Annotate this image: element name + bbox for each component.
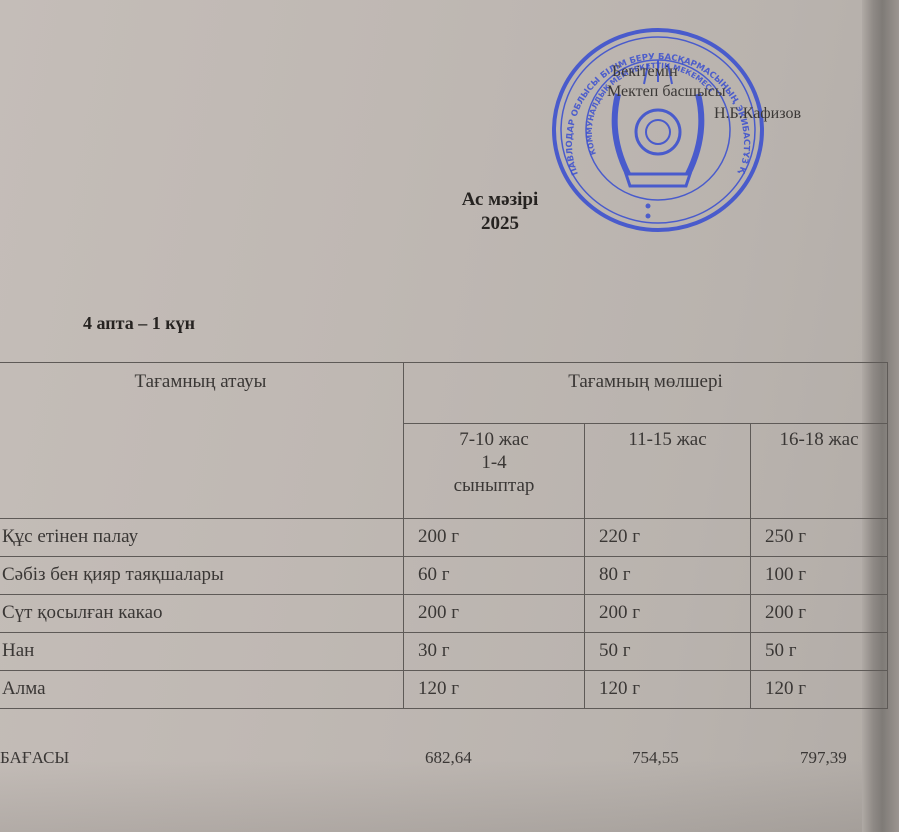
age-group-11-15: 11-15 жас: [585, 424, 751, 519]
table-row: Алма 120 г 120 г 120 г: [0, 671, 888, 709]
week-day-label: 4 апта – 1 күн: [83, 313, 195, 334]
qty-11-15: 80 г: [585, 557, 751, 595]
qty-16-18: 50 г: [751, 633, 888, 671]
table-row: Құс етінен палау 200 г 220 г 250 г: [0, 519, 888, 557]
qty-11-15: 120 г: [585, 671, 751, 709]
dish-name: Сәбіз бен қияр таяқшалары: [0, 557, 404, 595]
header-dish-name: Тағамның атауы: [0, 363, 404, 519]
price-16-18: 797,39: [800, 748, 847, 768]
approval-line-2: Мектеп басшысы: [607, 82, 726, 102]
table-row: Сәбіз бен қияр таяқшалары 60 г 80 г 100 …: [0, 557, 888, 595]
title-text: Ас мәзірі: [430, 188, 570, 212]
qty-7-10: 200 г: [404, 595, 585, 633]
dish-name: Құс етінен палау: [0, 519, 404, 557]
qty-11-15: 200 г: [585, 595, 751, 633]
document-title: Ас мәзірі 2025: [430, 188, 570, 236]
menu-table: Тағамның атауы Тағамның мөлшері 7-10 жас…: [0, 362, 888, 709]
qty-16-18: 100 г: [751, 557, 888, 595]
qty-7-10: 30 г: [404, 633, 585, 671]
qty-11-15: 220 г: [585, 519, 751, 557]
qty-7-10: 120 г: [404, 671, 585, 709]
dish-name: Алма: [0, 671, 404, 709]
approval-signatory: Н.Б.Кафизов: [714, 104, 801, 124]
approval-line-1: Бекітемін: [612, 62, 678, 82]
header-row: Тағамның атауы Тағамның мөлшері: [0, 363, 888, 424]
table-row: Сүт қосылған какао 200 г 200 г 200 г: [0, 595, 888, 633]
title-year: 2025: [430, 212, 570, 236]
price-7-10: 682,64: [425, 748, 472, 768]
qty-7-10: 200 г: [404, 519, 585, 557]
qty-16-18: 120 г: [751, 671, 888, 709]
dish-name: Нан: [0, 633, 404, 671]
dish-name: Сүт қосылған какао: [0, 595, 404, 633]
approval-block: Бекітемін Мектеп басшысы Н.Б.Кафизов: [602, 62, 862, 142]
header-quantity: Тағамның мөлшері: [404, 363, 888, 424]
price-11-15: 754,55: [632, 748, 679, 768]
table-row: Нан 30 г 50 г 50 г: [0, 633, 888, 671]
age-group-16-18: 16-18 жас: [751, 424, 888, 519]
age-group-7-10: 7-10 жас 1-4 сыныптар: [404, 424, 585, 519]
qty-7-10: 60 г: [404, 557, 585, 595]
price-label: БАҒАСЫ: [0, 748, 69, 768]
qty-16-18: 250 г: [751, 519, 888, 557]
bottom-shade: [0, 760, 862, 832]
qty-11-15: 50 г: [585, 633, 751, 671]
qty-16-18: 200 г: [751, 595, 888, 633]
